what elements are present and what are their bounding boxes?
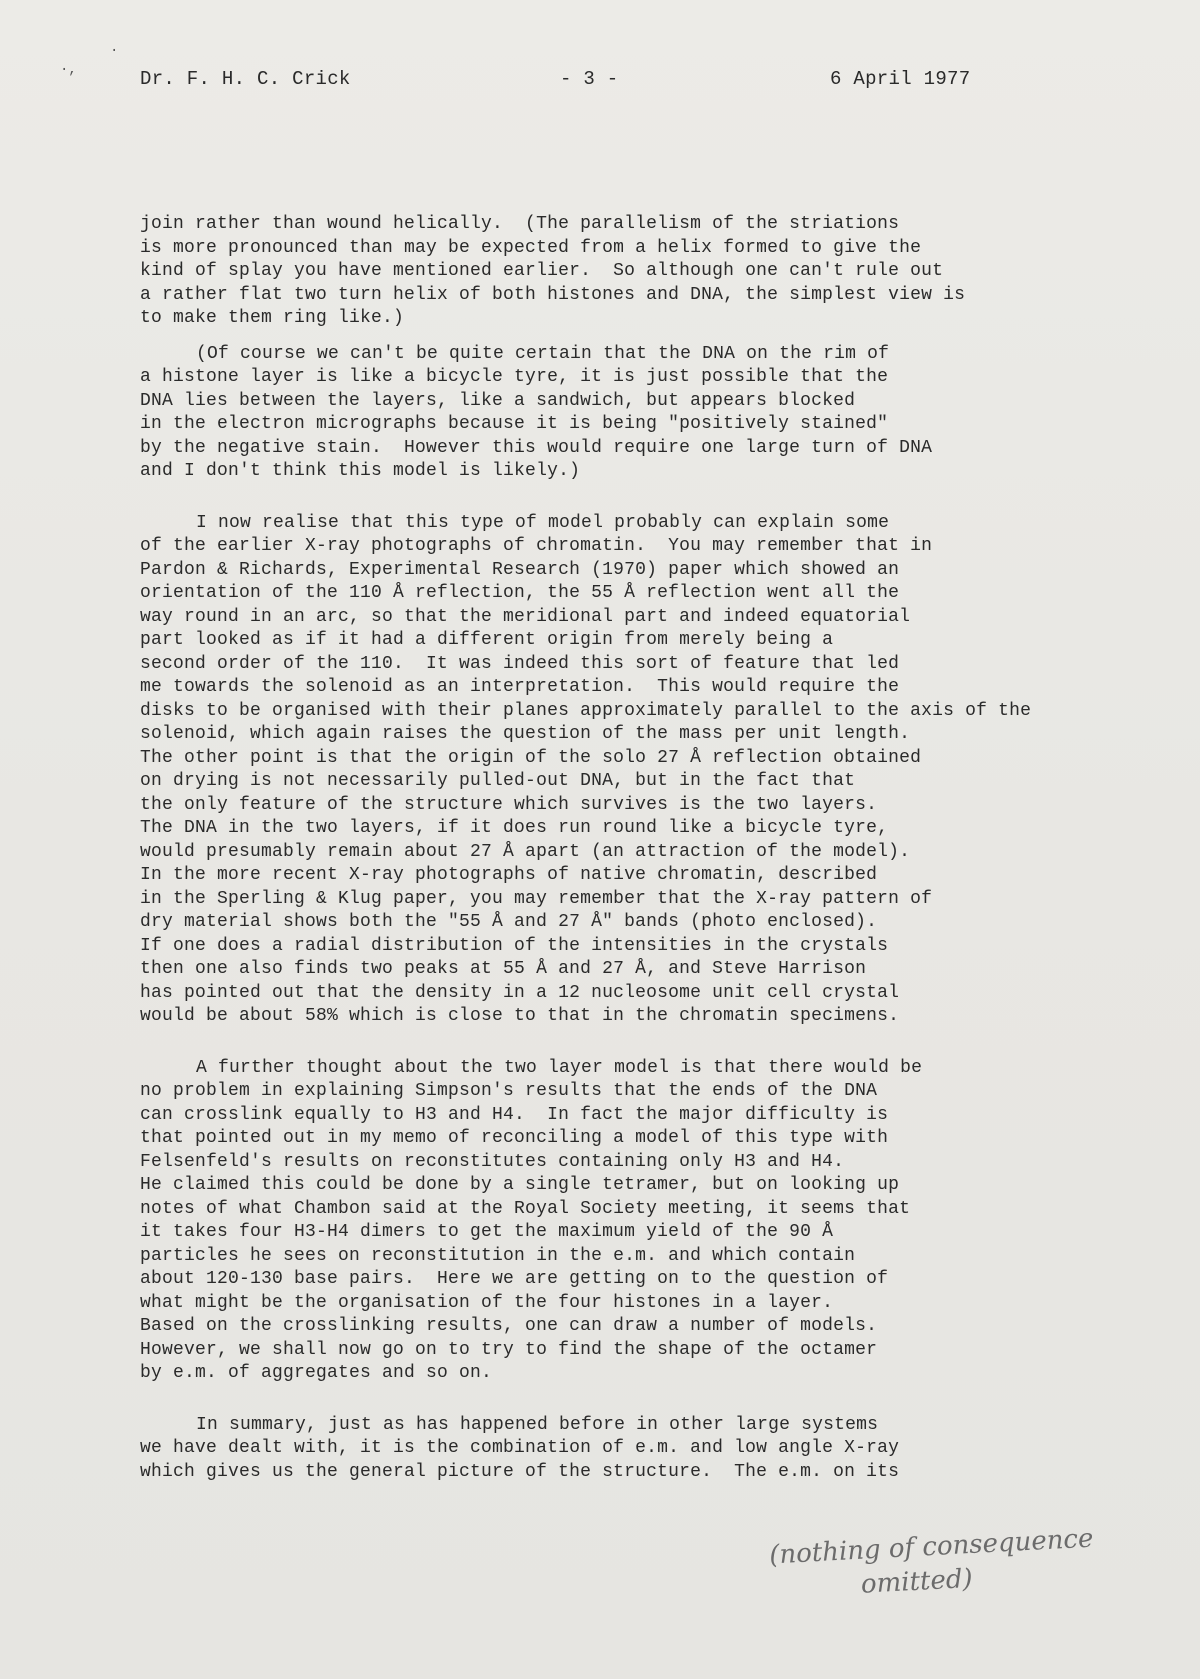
text-line: on drying is not necessarily pulled-out …	[140, 770, 1060, 794]
text-line: part looked as if it had a different ori…	[140, 629, 1060, 653]
text-line: second order of the 110. It was indeed t…	[140, 653, 1060, 677]
text-line: it takes four H3-H4 dimers to get the ma…	[140, 1221, 1060, 1245]
text-line: a histone layer is like a bicycle tyre, …	[140, 366, 1060, 390]
text-line: In the more recent X-ray photographs of …	[140, 864, 1060, 888]
text-line: The DNA in the two layers, if it does ru…	[140, 817, 1060, 841]
text-line: The other point is that the origin of th…	[140, 747, 1060, 771]
text-line: we have dealt with, it is the combinatio…	[140, 1437, 1060, 1461]
paragraph: join rather than wound helically. (The p…	[140, 213, 1060, 331]
text-line: I now realise that this type of model pr…	[140, 512, 1060, 536]
text-line: Pardon & Richards, Experimental Research…	[140, 559, 1060, 583]
text-line: If one does a radial distribution of the…	[140, 935, 1060, 959]
text-line: dry material shows both the "55 Å and 27…	[140, 911, 1060, 935]
text-line: orientation of the 110 Å reflection, the…	[140, 582, 1060, 606]
text-line: what might be the organisation of the fo…	[140, 1292, 1060, 1316]
text-line: and I don't think this model is likely.)	[140, 460, 1060, 484]
text-line: would presumably remain about 27 Å apart…	[140, 841, 1060, 865]
text-line: that pointed out in my memo of reconcili…	[140, 1127, 1060, 1151]
page-number: - 3 -	[560, 68, 619, 90]
text-line: by e.m. of aggregates and so on.	[140, 1362, 1060, 1386]
letter-page: Dr. F. H. C. Crick - 3 - 6 April 1977 jo…	[0, 0, 1200, 1679]
text-line: notes of what Chambon said at the Royal …	[140, 1198, 1060, 1222]
text-line: (Of course we can't be quite certain tha…	[140, 343, 1060, 367]
text-line: me towards the solenoid as an interpreta…	[140, 676, 1060, 700]
paragraph: (Of course we can't be quite certain tha…	[140, 343, 1060, 484]
text-line: Felsenfeld's results on reconstitutes co…	[140, 1151, 1060, 1175]
text-line: by the negative stain. However this woul…	[140, 437, 1060, 461]
text-line: about 120-130 base pairs. Here we are ge…	[140, 1268, 1060, 1292]
text-line: of the earlier X-ray photographs of chro…	[140, 535, 1060, 559]
text-line: However, we shall now go on to try to fi…	[140, 1339, 1060, 1363]
text-line: In summary, just as has happened before …	[140, 1414, 1060, 1438]
paper-mark: ·,	[60, 62, 77, 78]
text-line: which gives us the general picture of th…	[140, 1461, 1060, 1485]
text-line: no problem in explaining Simpson's resul…	[140, 1080, 1060, 1104]
text-line: the only feature of the structure which …	[140, 794, 1060, 818]
text-line: a rather flat two turn helix of both his…	[140, 284, 1060, 308]
text-line: Based on the crosslinking results, one c…	[140, 1315, 1060, 1339]
text-line: disks to be organised with their planes …	[140, 700, 1060, 724]
text-line: in the Sperling & Klug paper, you may re…	[140, 888, 1060, 912]
paper-mark: .	[110, 40, 118, 56]
recipient-name: Dr. F. H. C. Crick	[140, 68, 351, 90]
text-line: would be about 58% which is close to tha…	[140, 1005, 1060, 1029]
text-line: A further thought about the two layer mo…	[140, 1057, 1060, 1081]
text-line: solenoid, which again raises the questio…	[140, 723, 1060, 747]
text-line: has pointed out that the density in a 12…	[140, 982, 1060, 1006]
text-line: way round in an arc, so that the meridio…	[140, 606, 1060, 630]
text-line: then one also finds two peaks at 55 Å an…	[140, 958, 1060, 982]
text-line: to make them ring like.)	[140, 307, 1060, 331]
text-line: can crosslink equally to H3 and H4. In f…	[140, 1104, 1060, 1128]
text-line: join rather than wound helically. (The p…	[140, 213, 1060, 237]
text-line: in the electron micrographs because it i…	[140, 413, 1060, 437]
text-line: DNA lies between the layers, like a sand…	[140, 390, 1060, 414]
handwritten-annotation: (nothing of consequence omitted)	[768, 1522, 1096, 1607]
text-line: particles he sees on reconstitution in t…	[140, 1245, 1060, 1269]
paragraph: I now realise that this type of model pr…	[140, 512, 1060, 1029]
paragraph: In summary, just as has happened before …	[140, 1414, 1060, 1485]
letter-body: join rather than wound helically. (The p…	[140, 213, 1060, 1496]
text-line: is more pronounced than may be expected …	[140, 237, 1060, 261]
text-line: He claimed this could be done by a singl…	[140, 1174, 1060, 1198]
text-line: kind of splay you have mentioned earlier…	[140, 260, 1060, 284]
letter-date: 6 April 1977	[830, 68, 970, 90]
paragraph: A further thought about the two layer mo…	[140, 1057, 1060, 1386]
